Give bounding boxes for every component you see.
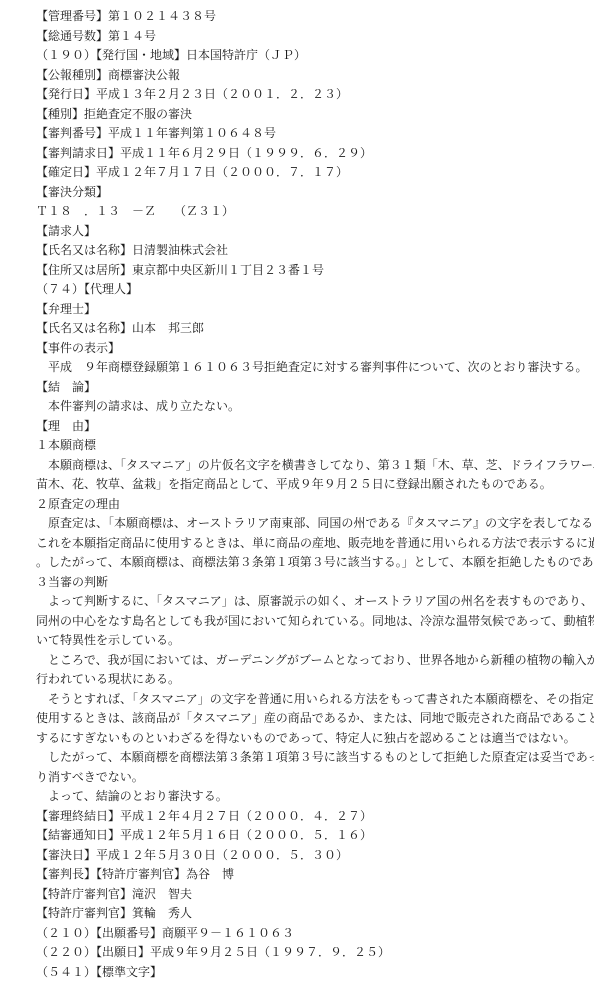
header-field: 【審判番号】平成１１年審判第１０６４８号: [36, 124, 588, 144]
field-label: 【管理番号】: [36, 9, 108, 23]
section-paragraph-line: 原査定は、「本願商標は、オーストラリア南東部、同国の州である『タスマニア』の文字…: [36, 514, 588, 534]
document-header-fields: 【管理番号】第１０２１４３８号【総通号数】第１４号（１９０）【発行国・地域】日本…: [36, 7, 588, 358]
field-label: 【審判番号】: [36, 126, 108, 140]
field-label: 【事件の表示】: [36, 341, 120, 355]
field-label: 【住所又は居所】: [36, 263, 132, 277]
field-value: 第１４号: [108, 29, 156, 43]
header-field: 【種別】拒絶査定不服の審決: [36, 105, 588, 125]
header-field: 【請求人】: [36, 222, 588, 242]
header-field: 【住所又は居所】東京都中央区新川１丁目２３番１号: [36, 261, 588, 281]
field-label: 【確定日】: [36, 165, 96, 179]
header-field: 【管理番号】第１０２１４３８号: [36, 7, 588, 27]
header-field: 【弁理士】: [36, 300, 588, 320]
field-value: 日清製油株式会社: [132, 243, 228, 257]
header-field: 【総通号数】第１４号: [36, 27, 588, 47]
field-value: 東京都中央区新川１丁目２３番１号: [132, 263, 324, 277]
field-label: 【総通号数】: [36, 29, 108, 43]
field-value: Ｔ１８ ．１３ －Ｚ （Ｚ３１）: [36, 204, 234, 218]
section-paragraph-line: り消すべきでない。: [36, 768, 588, 788]
section-paragraph-line: これを本願指定商品に使用するときは、単に商品の産地、販売地を普通に用いられる方法…: [36, 534, 588, 554]
section-paragraph-line: ところで、我が国においては、ガーデニングがブームとなっており、世界各地から新種の…: [36, 651, 588, 671]
field-label: 【種別】: [36, 107, 84, 121]
section-paragraph-line: そうとすれば、「タスマニア」の文字を普通に用いられる方法をもって書された本願商標…: [36, 690, 588, 710]
field-label: （７４）【代理人】: [36, 282, 138, 296]
section-paragraph-line: 本願商標は、「タスマニア」の片仮名文字を横書きしてなり、第３１類「木、草、芝、ド…: [36, 456, 588, 476]
header-field: 【審決分類】: [36, 183, 588, 203]
field-value: 平成１１年審判第１０６４８号: [108, 126, 276, 140]
field-label: 【氏名又は名称】: [36, 321, 132, 335]
field-value: 第１０２１４３８号: [108, 9, 216, 23]
field-value: 平成１３年２月２３日（２００１．２．２３）: [96, 87, 348, 101]
header-field: 【氏名又は名称】日清製油株式会社: [36, 241, 588, 261]
field-label: 【審理終結日】: [36, 809, 120, 823]
field-value: 平成１２年７月１７日（２０００．７．１７）: [96, 165, 348, 179]
field-value: 平成１２年４月２７日（２０００．４．２７）: [120, 809, 372, 823]
section-paragraph-line: 苗木、花、牧草、盆栽」を指定商品として、平成９年９月２５日に登録出願されたもので…: [36, 475, 588, 495]
field-value: 拒絶査定不服の審決: [84, 107, 192, 121]
section-paragraph-line: 同州の中心をなす島名としても我が国において知られている。同地は、冷涼な温帯気候で…: [36, 612, 588, 632]
conclusion-heading: 【結 論】: [36, 378, 588, 398]
document-footer-fields: 【審理終結日】平成１２年４月２７日（２０００．４．２７）【結審通知日】平成１２年…: [36, 807, 588, 848]
header-field: Ｔ１８ ．１３ －Ｚ （Ｚ３１）: [36, 202, 588, 222]
header-field: 【確定日】平成１２年７月１７日（２０００．７．１７）: [36, 163, 588, 183]
section-paragraph-line: よって判断するに、「タスマニア」は、原審説示の如く、オーストラリア国の州名を表す…: [36, 592, 588, 612]
section-heading: ３当審の判断: [36, 573, 588, 593]
field-value: 山本 邦三郎: [132, 321, 204, 335]
field-value: 日本国特許庁（ＪＰ）: [186, 48, 306, 62]
section-paragraph-line: 行われている現状にある。: [36, 670, 588, 690]
field-label: 【弁理士】: [36, 302, 96, 316]
field-value: 平成１２年５月１６日（２０００．５．１６）: [120, 828, 372, 842]
case-display-text: 平成 ９年商標登録願第１６１０６３号拒絶査定に対する審判事件について、次のとおり…: [36, 358, 588, 378]
header-field: 【審判請求日】平成１１年６月２９日（１９９９．６．２９）: [36, 144, 588, 164]
field-value: 平成１１年６月２９日（１９９９．６．２９）: [120, 146, 372, 160]
header-field: 【氏名又は名称】山本 邦三郎: [36, 319, 588, 339]
header-field: 【公報種別】商標審決公報: [36, 66, 588, 86]
trademark-decision-document: 【管理番号】第１０２１４３８号【総通号数】第１４号（１９０）【発行国・地域】日本…: [36, 7, 588, 847]
section-heading: １本願商標: [36, 436, 588, 456]
section-paragraph-line: したがって、本願商標を商標法第３条第１項第３号に該当するものとして拒絶した原査定…: [36, 748, 588, 768]
header-field: （１９０）【発行国・地域】日本国特許庁（ＪＰ）: [36, 46, 588, 66]
field-label: 【結審通知日】: [36, 828, 120, 842]
field-label: 【氏名又は名称】: [36, 243, 132, 257]
section-paragraph-line: するにすぎないものといわざるを得ないものであって、特定人に独占を認めることは適当…: [36, 729, 588, 749]
footer-field: 【審理終結日】平成１２年４月２７日（２０００．４．２７）: [36, 807, 588, 827]
field-label: 【請求人】: [36, 224, 96, 238]
section-paragraph-line: 使用するときは、該商品が「タスマニア」産の商品であるか、または、同地で販売された…: [36, 709, 588, 729]
header-field: （７４）【代理人】: [36, 280, 588, 300]
field-label: 【公報種別】: [36, 68, 108, 82]
section-paragraph-line: よって、結論のとおり審決する。: [36, 787, 588, 807]
field-label: 【発行日】: [36, 87, 96, 101]
header-field: 【発行日】平成１３年２月２３日（２００１．２．２３）: [36, 85, 588, 105]
field-value: 商標審決公報: [108, 68, 180, 82]
footer-field: 【結審通知日】平成１２年５月１６日（２０００．５．１６）: [36, 826, 588, 846]
field-label: 【審決分類】: [36, 185, 108, 199]
section-paragraph-line: 。したがって、本願商標は、商標法第３条第１項第３号に該当する。」として、本願を拒…: [36, 553, 588, 573]
section-paragraph-line: いて特異性を示している。: [36, 631, 588, 651]
reason-heading: 【理 由】: [36, 417, 588, 437]
field-label: 【審判請求日】: [36, 146, 120, 160]
section-heading: ２原査定の理由: [36, 495, 588, 515]
reason-sections: １本願商標本願商標は、「タスマニア」の片仮名文字を横書きしてなり、第３１類「木、…: [36, 436, 588, 807]
header-field: 【事件の表示】: [36, 339, 588, 359]
conclusion-text: 本件審判の請求は、成り立たない。: [36, 397, 588, 417]
field-label: （１９０）【発行国・地域】: [36, 48, 186, 62]
